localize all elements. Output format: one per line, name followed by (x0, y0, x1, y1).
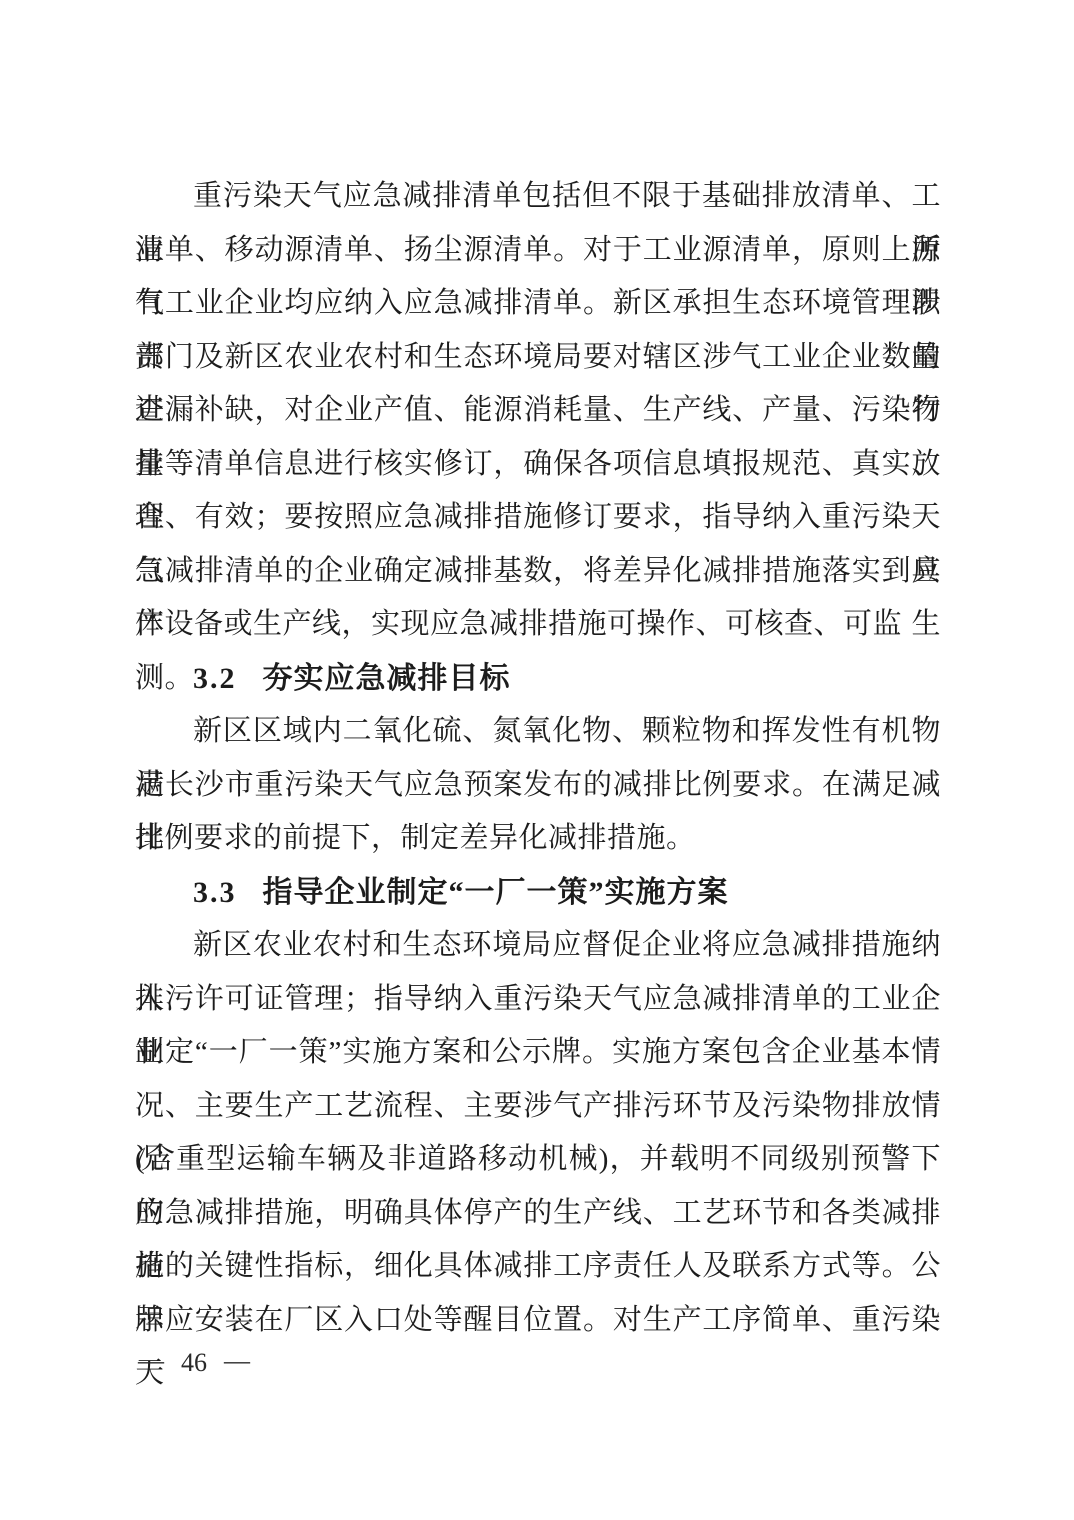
text-line: 足长沙市重污染天气应急预案发布的减排比例要求。在满足减排 (135, 759, 941, 813)
text-line: 牌应安装在厂区入口处等醒目位置。对生产工序简单、重污染天 (135, 1294, 941, 1348)
text-line: 急减排清单的企业确定减排基数，将差异化减排措施落实到具体生 (135, 545, 941, 599)
text-line: 产设备或生产线，实现应急减排措施可操作、可核查、可监测。 (135, 598, 941, 652)
text-line: 比例要求的前提下，制定差异化减排措施。 (135, 812, 941, 866)
text-line: 清单、移动源清单、扬尘源清单。对于工业源清单，原则上所有涉 (135, 224, 941, 278)
text-line: (含重型运输车辆及非道路移动机械)，并载明不同级别预警下的 (135, 1133, 941, 1187)
section-title: 夯实应急减排目标 (263, 662, 511, 695)
text-line: 况、主要生产工艺流程、主要涉气产排污环节及污染物排放情况 (135, 1080, 941, 1134)
footer-left-dash: — (138, 1346, 164, 1376)
text-line: 制定“一厂一策”实施方案和公示牌。实施方案包含企业基本情 (135, 1026, 941, 1080)
section-heading: 3.3指导企业制定“一厂一策”实施方案 (135, 866, 941, 920)
footer-right-dash: — (224, 1346, 250, 1376)
text-line: 气工业企业均应纳入应急减排清单。新区承担生态环境管理职责的 (135, 277, 941, 331)
text-line: 量等清单信息进行核实修订，确保各项信息填报规范、真实、合 (135, 438, 941, 492)
text-line: 排污许可证管理；指导纳入重污染天气应急减排清单的工业企业 (135, 973, 941, 1027)
section-heading: 3.2夯实应急减排目标 (135, 652, 941, 706)
document-body: 重污染天气应急减排清单包括但不限于基础排放清单、工业源清单、移动源清单、扬尘源清… (135, 170, 941, 1347)
text-line: 施的关键性指标，细化具体减排工序责任人及联系方式等。公示 (135, 1240, 941, 1294)
section-number: 3.2 (193, 662, 237, 695)
document-page: 重污染天气应急减排清单包括但不限于基础排放清单、工业源清单、移动源清单、扬尘源清… (0, 0, 1074, 1520)
text-line: 重污染天气应急减排清单包括但不限于基础排放清单、工业源 (135, 170, 941, 224)
section-title: 指导企业制定“一厂一策”实施方案 (263, 876, 729, 909)
page-footer: — 46 — (138, 1348, 250, 1378)
text-line: 理、有效；要按照应急减排措施修订要求，指导纳入重污染天气应 (135, 491, 941, 545)
text-line: 新区区域内二氧化硫、氮氧化物、颗粒物和挥发性有机物满 (135, 705, 941, 759)
text-line: 查漏补缺，对企业产值、能源消耗量、生产线、产量、污染物排放 (135, 384, 941, 438)
page-number: 46 (181, 1348, 207, 1378)
text-line: 新区农业农村和生态环境局应督促企业将应急减排措施纳入 (135, 919, 941, 973)
text-line: 应急减排措施，明确具体停产的生产线、工艺环节和各类减排措 (135, 1187, 941, 1241)
text-line: 部门及新区农业农村和生态环境局要对辖区涉气工业企业数量进行 (135, 331, 941, 385)
section-number: 3.3 (193, 876, 237, 909)
